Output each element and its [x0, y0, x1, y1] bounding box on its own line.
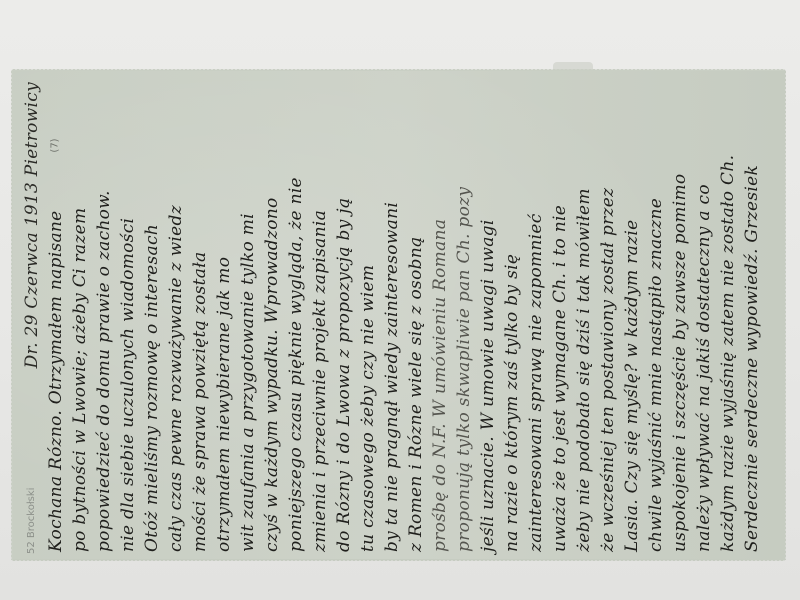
text-line: otrzymałem niewybierane jak mo [212, 82, 236, 552]
text-line: czyś w każdym wypadku. Wprowadzono [260, 82, 284, 552]
letter-paper: 52 Brockołski (7) Dr. 29 Czerwca 1913 Pi… [12, 70, 785, 560]
text-line: że wcześniej ten postawiony został przez [596, 82, 620, 552]
text-line: Otóż mieliśmy rozmowę o interesach [140, 82, 164, 552]
text-line: z Romen i Rózne wiele się z osobną [404, 82, 428, 552]
text-line: do Rózny i do Lwowa z propozycją by ją [332, 82, 356, 552]
letter-text: Dr. 29 Czerwca 1913 Pietrowicy Kochana R… [12, 70, 785, 560]
text-line: popowiedzieć do domu prawie o zachow. [92, 82, 116, 552]
text-line: mości że sprawa powziętą została [188, 82, 212, 552]
text-line: należy wpływać na jakiś dostateczny a co [692, 82, 716, 552]
text-line: nie dla siebie uczulonych wiadomości [116, 82, 140, 552]
text-line: zmienia i przeciwnie projekt zapisania [308, 82, 332, 552]
text-line: na razie o którym zaś tylko by się [500, 82, 524, 552]
text-line: prośbę do N.F. W umówieniu Romana [428, 82, 452, 552]
text-line: żeby nie podobało się dziś i tak mówiłem [572, 82, 596, 552]
text-line: by ta nie pragnął wiedy zainteresowani [380, 82, 404, 552]
text-line: chwile wyjaśnić mnie nastąpiło znaczne [644, 82, 668, 552]
text-line: uspokojenie i szczęście by zawsze pomimo [668, 82, 692, 552]
text-line: Kochana Rózno. Otrzymałem napisane [44, 82, 68, 552]
text-line: zainteresowani sprawą nie zapomnieć [524, 82, 548, 552]
text-line: cały czas pewne rozważywanie z wiedz [164, 82, 188, 552]
text-line: proponują tylko skwapliwie pan Ch. pozy [452, 82, 476, 552]
text-line: uważa że to jest wymagane Ch. i to nie [548, 82, 572, 552]
text-line: po bytności w Lwowie; ażeby Ci razem [68, 82, 92, 552]
text-line: każdym razie wyjaśnię zatem nie zostało … [716, 82, 740, 552]
text-line: Serdecznie serdeczne wypowiedź. Grzesiek [740, 82, 764, 552]
photo-background: 52 Brockołski (7) Dr. 29 Czerwca 1913 Pi… [0, 0, 800, 600]
text-line: jeśli uznacie. W umowie uwagi uwagi [476, 82, 500, 552]
text-line: Lasia. Czy się myślę? w każdym razie [620, 82, 644, 552]
text-line: wit zaufania a przygotowanie tylko mi [236, 82, 260, 552]
date-line: Dr. 29 Czerwca 1913 Pietrowicy [20, 82, 44, 552]
text-line: tu czasowego żeby czy nie wiem [356, 82, 380, 552]
text-line: poniejszego czasu pięknie wygląda, że ni… [284, 82, 308, 552]
